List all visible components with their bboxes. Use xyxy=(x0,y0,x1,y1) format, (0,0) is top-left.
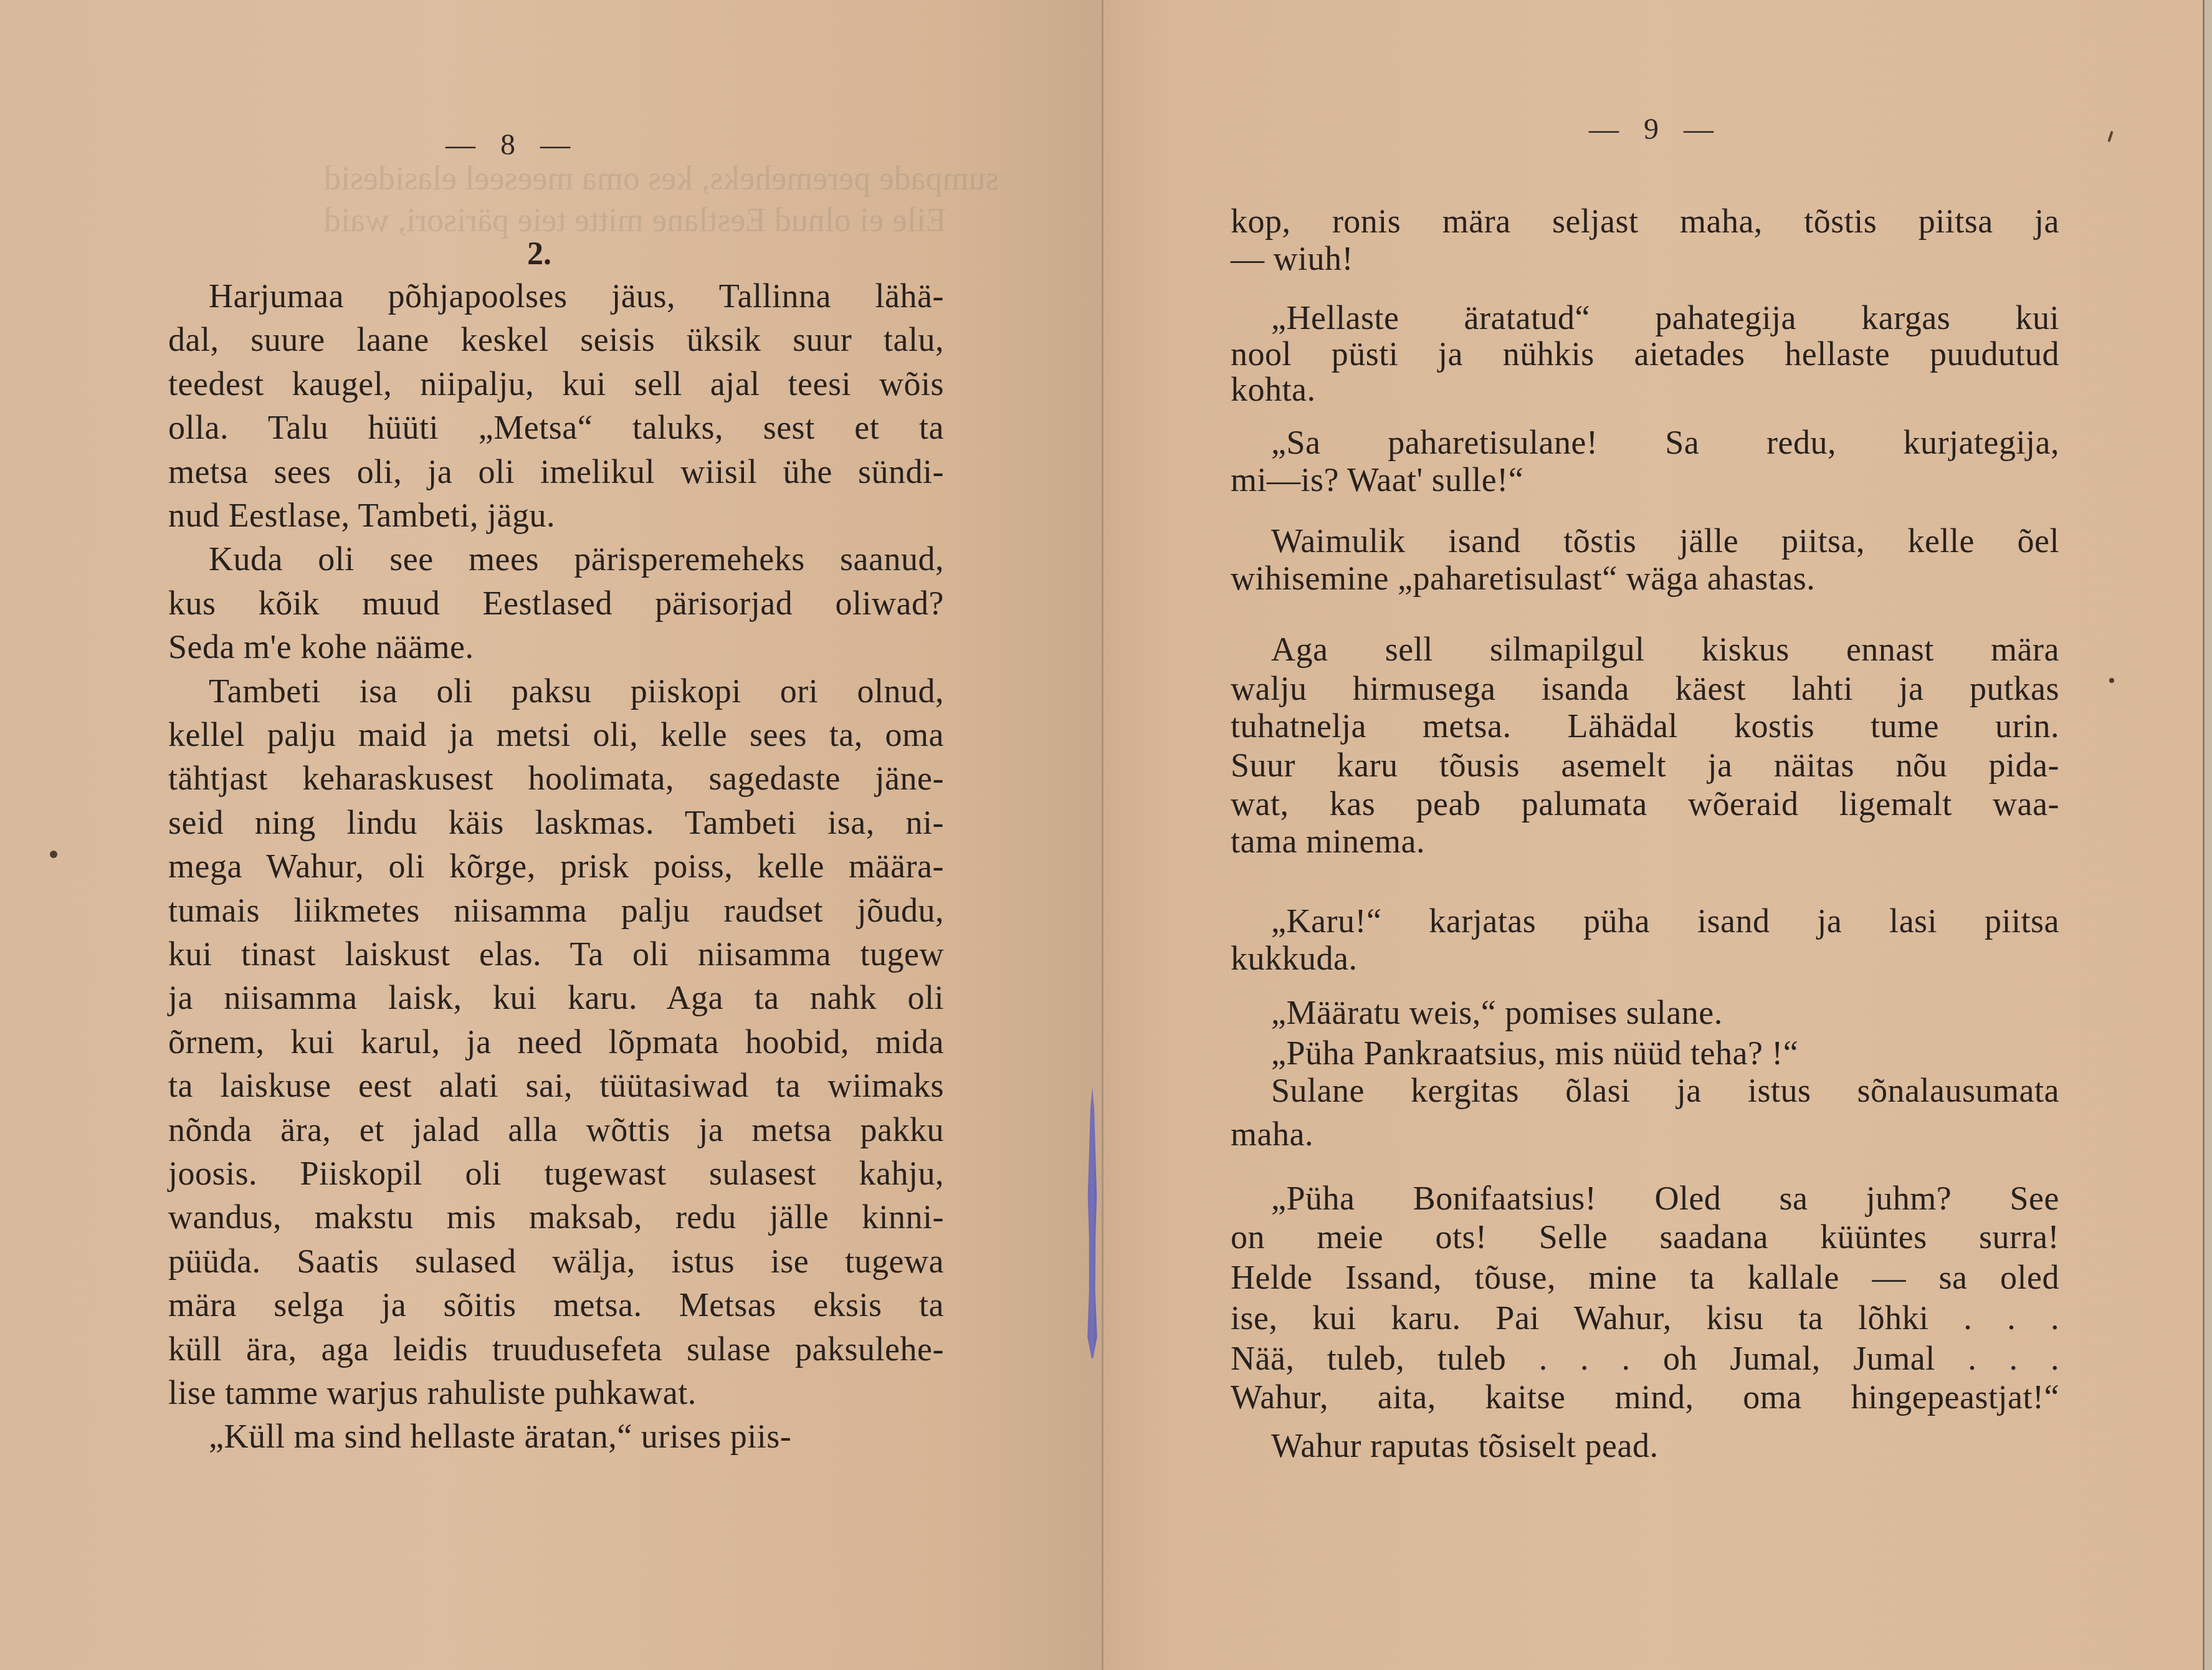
text-line: teedest kaugel, niipalju, kui sell ajal … xyxy=(168,365,944,403)
text-line: „Hellaste äratatud“ pahategija kargas ku… xyxy=(1271,299,2059,336)
text-line: mega Wahur, oli kõrge, prisk poiss, kell… xyxy=(168,847,944,885)
paper-speck xyxy=(50,851,57,858)
text-line: metsa sees oli, ja oli imelikul wiisil ü… xyxy=(168,453,944,490)
text-line: kellel palju maid ja metsi oli, kelle se… xyxy=(168,716,944,753)
text-line: maha. xyxy=(1231,1115,2059,1153)
text-line: kus kõik muud Eestlased pärisorjad oliwa… xyxy=(168,584,944,622)
text-line: „Määratu weis,“ pomises sulane. xyxy=(1271,994,2059,1031)
text-line: „Püha Bonifaatsius! Oled sa juhm? See xyxy=(1271,1180,2059,1217)
text-line: nõnda ära, et jalad alla wõttis ja metsa… xyxy=(168,1111,944,1148)
book-spread: sumpade peremeheks, kes oma meeseel elas… xyxy=(0,0,2212,1670)
text-line: kohta. xyxy=(1231,371,2059,408)
text-line: walju hirmusega isanda käest lahti ja pu… xyxy=(1231,670,2059,707)
page-number-9: — 9 — xyxy=(1589,112,1722,146)
text-line: õrnem, kui karul, ja need lõpmata hoobid… xyxy=(168,1023,944,1061)
text-line: ise, kui karu. Pai Wahur, kisu ta lõhki … xyxy=(1231,1299,2059,1337)
text-line: kop, ronis mära seljast maha, tõstis pii… xyxy=(1231,203,2059,240)
text-line: Sulane kergitas õlasi ja istus sõnalausu… xyxy=(1271,1072,2059,1109)
text-line: Harjumaa põhjapoolses jäus, Tallinna läh… xyxy=(209,277,944,315)
text-line: Wahur raputas tõsiselt pead. xyxy=(1271,1427,2059,1464)
text-line: Tambeti isa oli paksu piiskopi ori olnud… xyxy=(209,672,944,710)
text-line: nud Eestlase, Tambeti, jägu. xyxy=(168,497,944,534)
text-line: püüda. Saatis sulased wälja, istus ise t… xyxy=(168,1243,944,1280)
text-line: lise tamme warjus rahuliste puhkawat. xyxy=(168,1374,944,1411)
text-line: tama minema. xyxy=(1231,823,2059,860)
text-line: tähtjast keharaskusest hoolimata, sageda… xyxy=(168,760,944,797)
paper-speck xyxy=(2109,678,2114,683)
text-line: Helde Issand, tõuse, mine ta kallale — s… xyxy=(1231,1259,2059,1296)
text-line: dal, suure laane keskel seisis üksik suu… xyxy=(168,321,944,358)
text-line: olla. Talu hüüti „Metsa“ taluks, sest et… xyxy=(168,409,944,446)
text-line: „Püha Pankraatsius, mis nüüd teha? !“ xyxy=(1271,1034,2059,1072)
text-line: mi—is? Waat' sulle!“ xyxy=(1231,461,2059,499)
text-line: wat, kas peab palumata wõeraid ligemalt … xyxy=(1231,785,2059,823)
text-line: tumais liikmetes niisamma palju raudset … xyxy=(168,892,944,929)
text-line: ja niisamma laisk, kui karu. Aga ta nahk… xyxy=(168,979,944,1016)
bleed-through-line: sumpade peremeheks, kes oma meeseel elas… xyxy=(324,159,999,198)
text-line: Suur karu tõusis asemelt ja näitas nõu p… xyxy=(1231,747,2059,784)
text-line: wandus, makstu mis maksab, redu jälle ki… xyxy=(168,1198,944,1236)
text-line: „Sa paharetisulane! Sa redu, kurjategija… xyxy=(1271,424,2059,461)
right-page: — 9 — kop, ronis mära seljast maha, tõst… xyxy=(1103,0,2203,1670)
text-line: Wahur, aita, kaitse mind, oma hingepeast… xyxy=(1231,1378,2059,1416)
text-line: ta laiskuse eest alati sai, tüütasiwad t… xyxy=(168,1067,944,1104)
text-line: Nää, tuleb, tuleb . . . oh Jumal, Jumal … xyxy=(1231,1340,2059,1377)
text-line: nool püsti ja nühkis aietades hellaste p… xyxy=(1231,335,2059,373)
text-line: Waimulik isand tõstis jälle piitsa, kell… xyxy=(1271,522,2059,560)
text-line: küll ära, aga leidis truudusefeta sulase… xyxy=(168,1330,944,1368)
text-line: „Karu!“ karjatas püha isand ja lasi piit… xyxy=(1271,902,2059,940)
text-line: tuhatnelja metsa. Lähädal kostis tume ur… xyxy=(1231,707,2059,745)
bleed-through-line: Eile ei olnud Eestlane mitte teie päriso… xyxy=(324,201,946,239)
text-line: Aga sell silmapilgul kiskus ennast mära xyxy=(1271,631,2059,668)
text-line: — wiuh! xyxy=(1231,240,2059,277)
text-line: „Küll ma sind hellaste äratan,“ urises p… xyxy=(209,1418,944,1455)
page-number-8: — 8 — xyxy=(446,128,579,162)
page-edge xyxy=(2203,0,2212,1670)
text-line: kukkuda. xyxy=(1231,940,2059,977)
text-line: on meie ots! Selle saadana küüntes surra… xyxy=(1231,1218,2059,1256)
text-line: seid ning lindu käis laskmas. Tambeti is… xyxy=(168,804,944,841)
spine-fold xyxy=(1102,0,1104,1670)
text-line: mära selga ja sõitis metsa. Metsas eksis… xyxy=(168,1286,944,1324)
text-line: Kuda oli see mees pärisperemeheks saanud… xyxy=(209,540,944,578)
chapter-number: 2. xyxy=(527,236,551,272)
text-line: joosis. Piiskopil oli tugewast sulasest … xyxy=(168,1155,944,1192)
left-page: sumpade peremeheks, kes oma meeseel elas… xyxy=(0,0,1103,1670)
text-line: Seda m'e kohe nääme. xyxy=(168,628,944,666)
text-line: wihisemine „paharetisulast“ wäga ahastas… xyxy=(1231,560,2059,597)
text-line: kui tinast laiskust elas. Ta oli niisamm… xyxy=(168,935,944,973)
